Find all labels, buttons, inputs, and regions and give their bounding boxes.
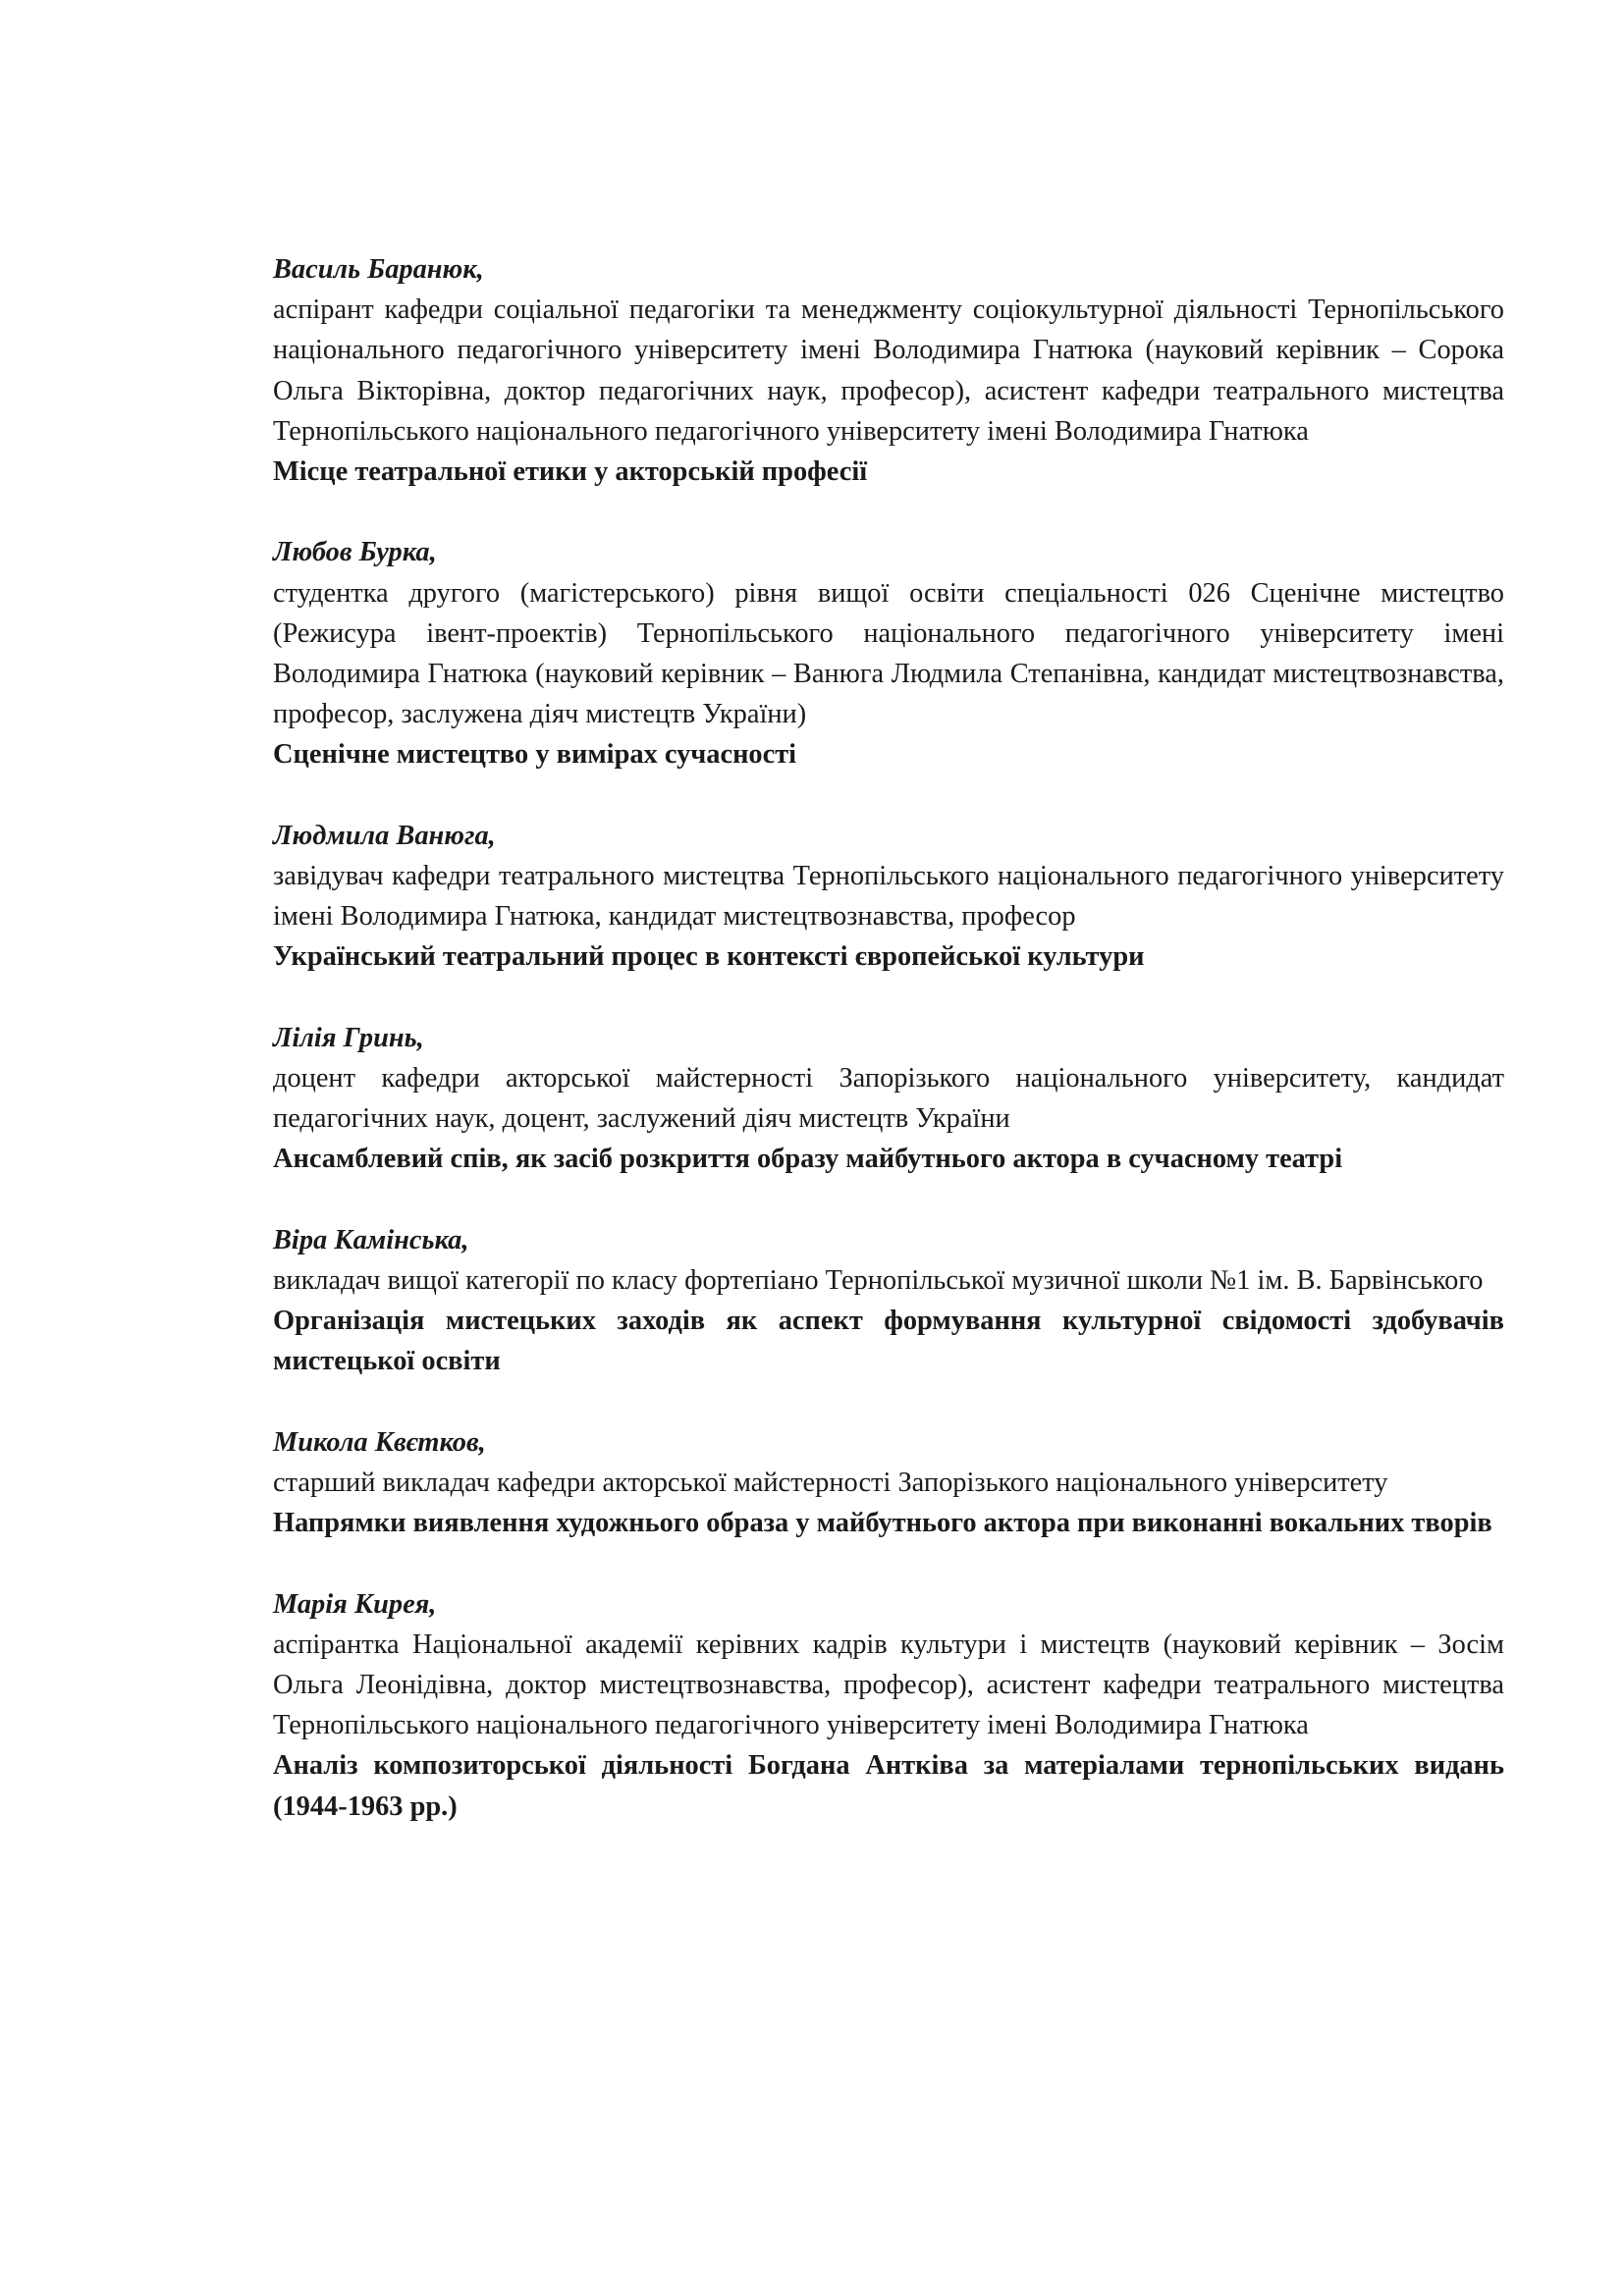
participant-entry: Віра Камінська, викладач вищої категорії… xyxy=(273,1220,1504,1382)
participant-entry: Людмила Ванюга, завідувач кафедри театра… xyxy=(273,816,1504,978)
report-title: Напрямки виявлення художнього образа у м… xyxy=(273,1503,1504,1543)
participant-entry: Любов Бурка, студентка другого (магістер… xyxy=(273,532,1504,774)
participant-name: Марія Кирея, xyxy=(273,1584,1504,1625)
participant-affiliation: доцент кафедри акторської майстерності З… xyxy=(273,1058,1504,1139)
report-title: Місце театральної етики у акторській про… xyxy=(273,452,1504,492)
participant-affiliation: аспірантка Національної академії керівни… xyxy=(273,1625,1504,1746)
report-title: Український театральний процес в контекс… xyxy=(273,936,1504,977)
report-title: Аналіз композиторської діяльності Богдан… xyxy=(273,1745,1504,1826)
participant-entry: Василь Баранюк, аспірант кафедри соціаль… xyxy=(273,249,1504,492)
report-title: Сценічне мистецтво у вимірах сучасності xyxy=(273,734,1504,774)
participant-affiliation: аспірант кафедри соціальної педагогіки т… xyxy=(273,290,1504,452)
participant-entry: Микола Квєтков, старший викладач кафедри… xyxy=(273,1422,1504,1544)
participant-name: Людмила Ванюга, xyxy=(273,816,1504,856)
report-title: Ансамблевий спів, як засіб розкриття обр… xyxy=(273,1139,1504,1179)
participant-name: Микола Квєтков, xyxy=(273,1422,1504,1463)
participant-affiliation: старший викладач кафедри акторської майс… xyxy=(273,1463,1504,1503)
participant-name: Василь Баранюк, xyxy=(273,249,1504,290)
document-page: Василь Баранюк, аспірант кафедри соціаль… xyxy=(273,249,1504,1867)
participant-name: Лілія Гринь, xyxy=(273,1018,1504,1058)
participant-entry: Лілія Гринь, доцент кафедри акторської м… xyxy=(273,1018,1504,1180)
participant-entry: Марія Кирея, аспірантка Національної ака… xyxy=(273,1584,1504,1827)
participant-affiliation: викладач вищої категорії по класу фортеп… xyxy=(273,1260,1504,1301)
participant-name: Любов Бурка, xyxy=(273,532,1504,572)
report-title: Організація мистецьких заходів як аспект… xyxy=(273,1301,1504,1381)
participant-affiliation: студентка другого (магістерського) рівня… xyxy=(273,573,1504,735)
participant-affiliation: завідувач кафедри театрального мистецтва… xyxy=(273,856,1504,936)
participant-name: Віра Камінська, xyxy=(273,1220,1504,1260)
